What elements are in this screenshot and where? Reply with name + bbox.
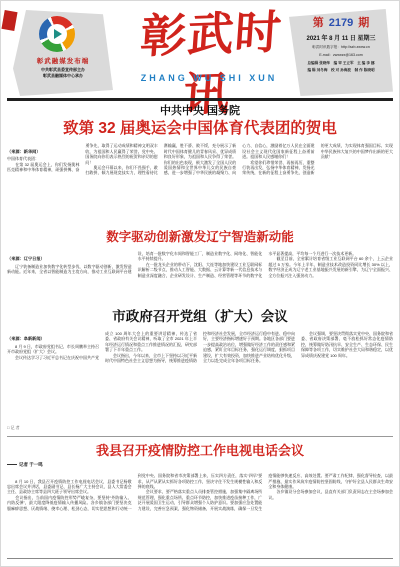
issue-info-panel: 第 2179 期 2021 年 8 月 11 日 星期三 彰武时讯数字报：htt…	[289, 9, 393, 96]
brand-app-label: 彰武融媒发布端	[13, 56, 113, 65]
staff-credits: 总编辑 张晓华 编 审 王立军 主 编 李 娜 编 辑 刘冬梅 校 对 孙海波 …	[289, 61, 393, 72]
organizer-lines: 中共彰武县委宣传部主办 彰武县融媒体中心承办	[13, 67, 113, 78]
byline-rule-decoration	[7, 464, 17, 465]
byline-text: 记者 于一鸣	[19, 462, 43, 467]
corner-ribbon-decoration	[1, 10, 17, 31]
play-triangle-icon	[54, 29, 62, 39]
issue-suffix: 期	[358, 17, 369, 29]
article-kicker: 中共中央 国务院	[7, 105, 393, 118]
article-body: （来源：新华网）中国体育代表团： 在第 32 届奥运会上，你们发扬奥林匹克精神和…	[7, 143, 393, 223]
newspaper-front-page: 彰武融媒发布端 中共彰武县委宣传部主办 彰武县融媒体中心承办 彰武时讯 ZHAN…	[0, 0, 400, 567]
masthead: 彰武融媒发布端 中共彰武县委宣传部主办 彰武县融媒体中心承办 彰武时讯 ZHAN…	[7, 9, 393, 97]
media-app-logo-icon	[39, 16, 75, 52]
article-body: 8 月 10 日，我县召开疫情防控工作电视电话会议，县委书记杨敬忠出席会议并讲话…	[7, 473, 393, 553]
masthead-divider-rule	[7, 98, 393, 101]
email-address: E-mail：zwxwzx@163.com	[289, 53, 393, 58]
article-source-tag: （来源：新华网）	[7, 149, 79, 154]
article-byline: 记者 于一鸣	[7, 462, 393, 468]
article-city-gov-meeting: 市政府召开党组（扩大）会议 （来源：阜新新闻） 8 月 9 日，市政府党组书记、…	[7, 309, 393, 431]
organizer-line-2: 彰武县融媒体中心承办	[13, 73, 113, 79]
article-headline: 致第 32 届奥运会中国体育代表团的贺电	[7, 119, 393, 138]
article-headline: 数字驱动创新激发辽宁智造新动能	[7, 230, 393, 246]
article-headline: 我县召开疫情防控工作电视电话会议	[7, 443, 393, 459]
staff-credits-line-2: 编 辑 刘冬梅 校 对 孙海波 制 作 陈晓明	[289, 68, 393, 73]
page-bottom-rule	[7, 558, 393, 559]
publication-date: 2021 年 8 月 11 日 星期三	[289, 33, 393, 42]
article-body: （来源：阜新新闻） 8 月 9 日，市政府党组书记、市长周鹏举主持召开市政府党组…	[7, 331, 393, 423]
article-headline: 市政府召开党组（扩大）会议	[7, 309, 393, 326]
issue-number-line: 第 2179 期	[289, 14, 393, 30]
issue-number: 2179	[327, 17, 355, 29]
article-end-mark: □ 记 者	[7, 425, 393, 431]
logo-inner-circle	[47, 24, 67, 44]
newspaper-title-pinyin: ZHANG WU SHI XUN	[119, 73, 299, 83]
article-body-text: 辽宁装备制造业加快数字化转型步伐，以数字驱动创新，激发智造新动能。近年来，全省以…	[7, 251, 393, 278]
issue-prefix: 第	[313, 17, 324, 29]
article-body-text: 8 月 10 日，我县召开疫情防控工作电视电话会议，县委书记杨敬忠出席会议并讲话…	[7, 473, 393, 510]
article-source-tag: （来源：阜新新闻）	[7, 336, 99, 341]
article-source-tag: （来源：辽宁日报）	[7, 256, 132, 261]
staff-credits-line-1: 总编辑 张晓华 编 审 王立军 主 编 李 娜	[289, 61, 393, 66]
digital-edition-url: 彰武时讯数字报：http://szb.zwxw.cn	[289, 45, 393, 50]
article-liaoning-digital: 数字驱动创新激发辽宁智造新动能 （来源：辽宁日报） 辽宁装备制造业加快数字化转型…	[7, 230, 393, 301]
article-county-epidemic-meeting: 我县召开疫情防控工作电视电话会议 记者 于一鸣 8 月 10 日，我县召开疫情防…	[7, 436, 393, 553]
article-olympics-telegram: 中共中央 国务院 致第 32 届奥运会中国体育代表团的贺电 （来源：新华网）中国…	[7, 105, 393, 223]
article-body: （来源：辽宁日报） 辽宁装备制造业加快数字化转型步伐，以数字驱动创新，激发智造新…	[7, 251, 393, 301]
front-page-content: 中共中央 国务院 致第 32 届奥运会中国体育代表团的贺电 （来源：新华网）中国…	[7, 105, 393, 553]
